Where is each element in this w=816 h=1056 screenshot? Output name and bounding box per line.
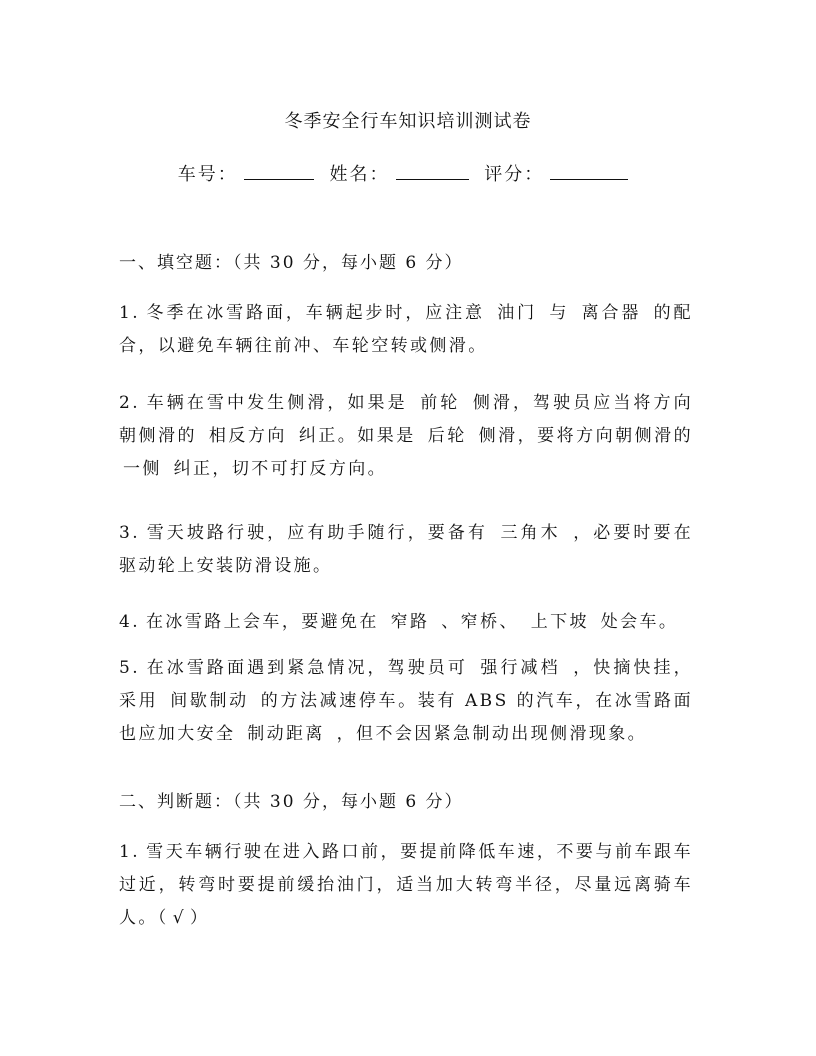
question-number: 3.: [119, 523, 140, 543]
answer-text: 间歇制动: [166, 691, 252, 711]
question-fill-1: 1.冬季在冰雪路面，车辆起步时，应注意 油门 与 离合器 的配合，以避免车辆往前…: [119, 297, 693, 363]
question-text: 在冰雪路面遇到紧急情况，驾驶员可: [146, 658, 468, 678]
question-tf-1: 1.雪天车辆行驶在进入路口前，要提前降低车速，不要与前车跟车过近，转弯时要提前缓…: [119, 836, 693, 935]
question-number: 5.: [119, 658, 140, 678]
question-text: 与: [549, 303, 569, 323]
name-blank[interactable]: [396, 159, 469, 180]
checkmark-answer: √: [169, 908, 190, 928]
answer-text: 强行减档: [476, 658, 564, 678]
question-text: ，但不会因紧急制动出现侧滑现象。: [337, 724, 647, 744]
answer-text: 后轮: [424, 426, 471, 446]
question-number: 4.: [119, 612, 140, 632]
answer-text: 油门: [493, 303, 541, 323]
answer-text: 上下坡: [527, 612, 593, 632]
question-text: 车辆在雪中发生侧滑，如果是: [146, 393, 408, 413]
score-field: 评分：: [484, 164, 638, 185]
question-text: 纠正，切不可打反方向。: [174, 459, 387, 479]
answer-text: 三角木: [496, 523, 564, 543]
answer-text: 相反方向: [205, 426, 291, 446]
section-heading-true-false: 二、判断题：（共 30 分，每小题 6 分）: [119, 787, 464, 818]
name-label: 姓名：: [330, 164, 390, 185]
answer-text: 窄路: [387, 612, 434, 632]
document-title: 冬季安全行车知识培训测试卷: [0, 110, 816, 134]
question-text: 、窄桥、: [441, 612, 519, 632]
question-text: 雪天坡路行驶，应有助手随行，要备有: [146, 523, 488, 543]
score-blank[interactable]: [550, 159, 628, 180]
question-fill-5: 5.在冰雪路面遇到紧急情况，驾驶员可 强行减档 ，快摘快挂，采用 间歇制动 的方…: [119, 652, 693, 751]
question-text: 侧滑，要将方向朝侧滑的: [479, 426, 693, 446]
answer-text: 离合器: [578, 303, 646, 323]
answer-text: 制动距离: [243, 724, 329, 744]
question-text: 纠正。如果是: [299, 426, 416, 446]
question-fill-2: 2.车辆在雪中发生侧滑，如果是 前轮 侧滑，驾驶员应当将方向朝侧滑的 相反方向 …: [119, 387, 693, 486]
score-label: 评分：: [484, 164, 544, 185]
exam-header-fields: 车号： 姓名： 评分：: [0, 159, 816, 188]
section-heading-fill-in: 一、填空题：（共 30 分，每小题 6 分）: [119, 248, 464, 279]
vehicle-number-field: 车号：: [178, 164, 330, 185]
question-number: 2.: [119, 393, 140, 413]
name-field: 姓名：: [330, 164, 485, 185]
exam-page: 冬季安全行车知识培训测试卷 车号： 姓名： 评分： 一、填空题：（共 30 分，…: [0, 0, 816, 1056]
question-text: 处会车。: [601, 612, 679, 632]
question-number: 1.: [119, 842, 140, 862]
question-text: 在冰雪路上会车，要避免在: [146, 612, 379, 632]
question-number: 1.: [119, 303, 140, 323]
vehicle-number-blank[interactable]: [244, 159, 314, 180]
question-text: 冬季在冰雪路面，车辆起步时，应注意: [146, 303, 485, 323]
question-text: ）: [190, 908, 209, 928]
question-fill-4: 4.在冰雪路上会车，要避免在 窄路 、窄桥、 上下坡 处会车。: [119, 606, 693, 639]
question-fill-3: 3.雪天坡路行驶，应有助手随行，要备有 三角木 ，必要时要在驱动轮上安装防滑设施…: [119, 517, 693, 583]
answer-text: 一侧: [119, 459, 166, 479]
answer-text: 前轮: [416, 393, 464, 413]
vehicle-number-label: 车号：: [178, 164, 238, 185]
